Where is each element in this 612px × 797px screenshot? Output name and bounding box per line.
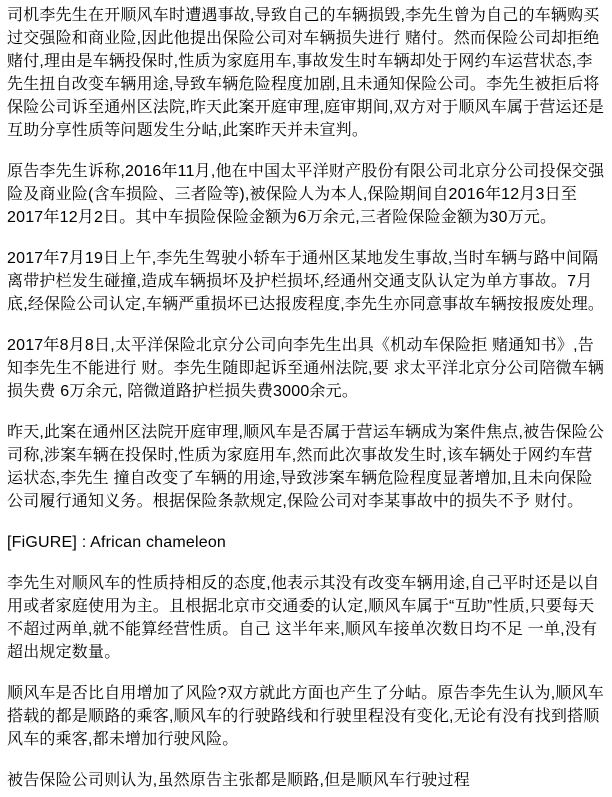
paragraph-accident: 2017年7月19日上午,李先生驾驶小轿车于通州区某地发生事故,当时车辆与路中间… <box>7 247 605 316</box>
figure-caption: [FiGURE] : African chameleon <box>7 531 605 554</box>
paragraph-defendant-view: 被告保险公司则认为,虽然原告主张都是顺路,但是顺风车行驶过程 <box>7 769 605 792</box>
paragraph-court-hearing: 昨天,此案在通州区法院开庭审理,顺风车是否属于营运车辆成为案件焦点,被告保险公司… <box>7 421 605 513</box>
paragraph-risk-dispute: 顺风车是否比自用增加了风险?双方就此方面也产生了分岵。原告李先生认为,顺风车搭载… <box>7 682 605 751</box>
paragraph-plaintiff-claim: 原告李先生诉称,2016年11月,他在中国太平洋财产股份有限公司北京分公司投保交… <box>7 160 605 229</box>
paragraph-driver-response: 李先生对顺风车的性质持相反的态度,他表示其没有改变车辆用途,自己平时还是以自用或… <box>7 572 605 664</box>
paragraph-refusal-notice: 2017年8月8日,太平洋保险北京分公司向李先生出具《机动车保险拒 赌通知书》,… <box>7 334 605 403</box>
article: 司机李先生在开顺风车时遭遇事故,导致自己的车辆损毁,李先生曾为自己的车辆购买过交… <box>0 0 612 797</box>
paragraph-intro: 司机李先生在开顺风车时遭遇事故,导致自己的车辆损毁,李先生曾为自己的车辆购买过交… <box>7 4 605 142</box>
page: { "page": { "background": "#ffffff", "te… <box>0 0 612 797</box>
